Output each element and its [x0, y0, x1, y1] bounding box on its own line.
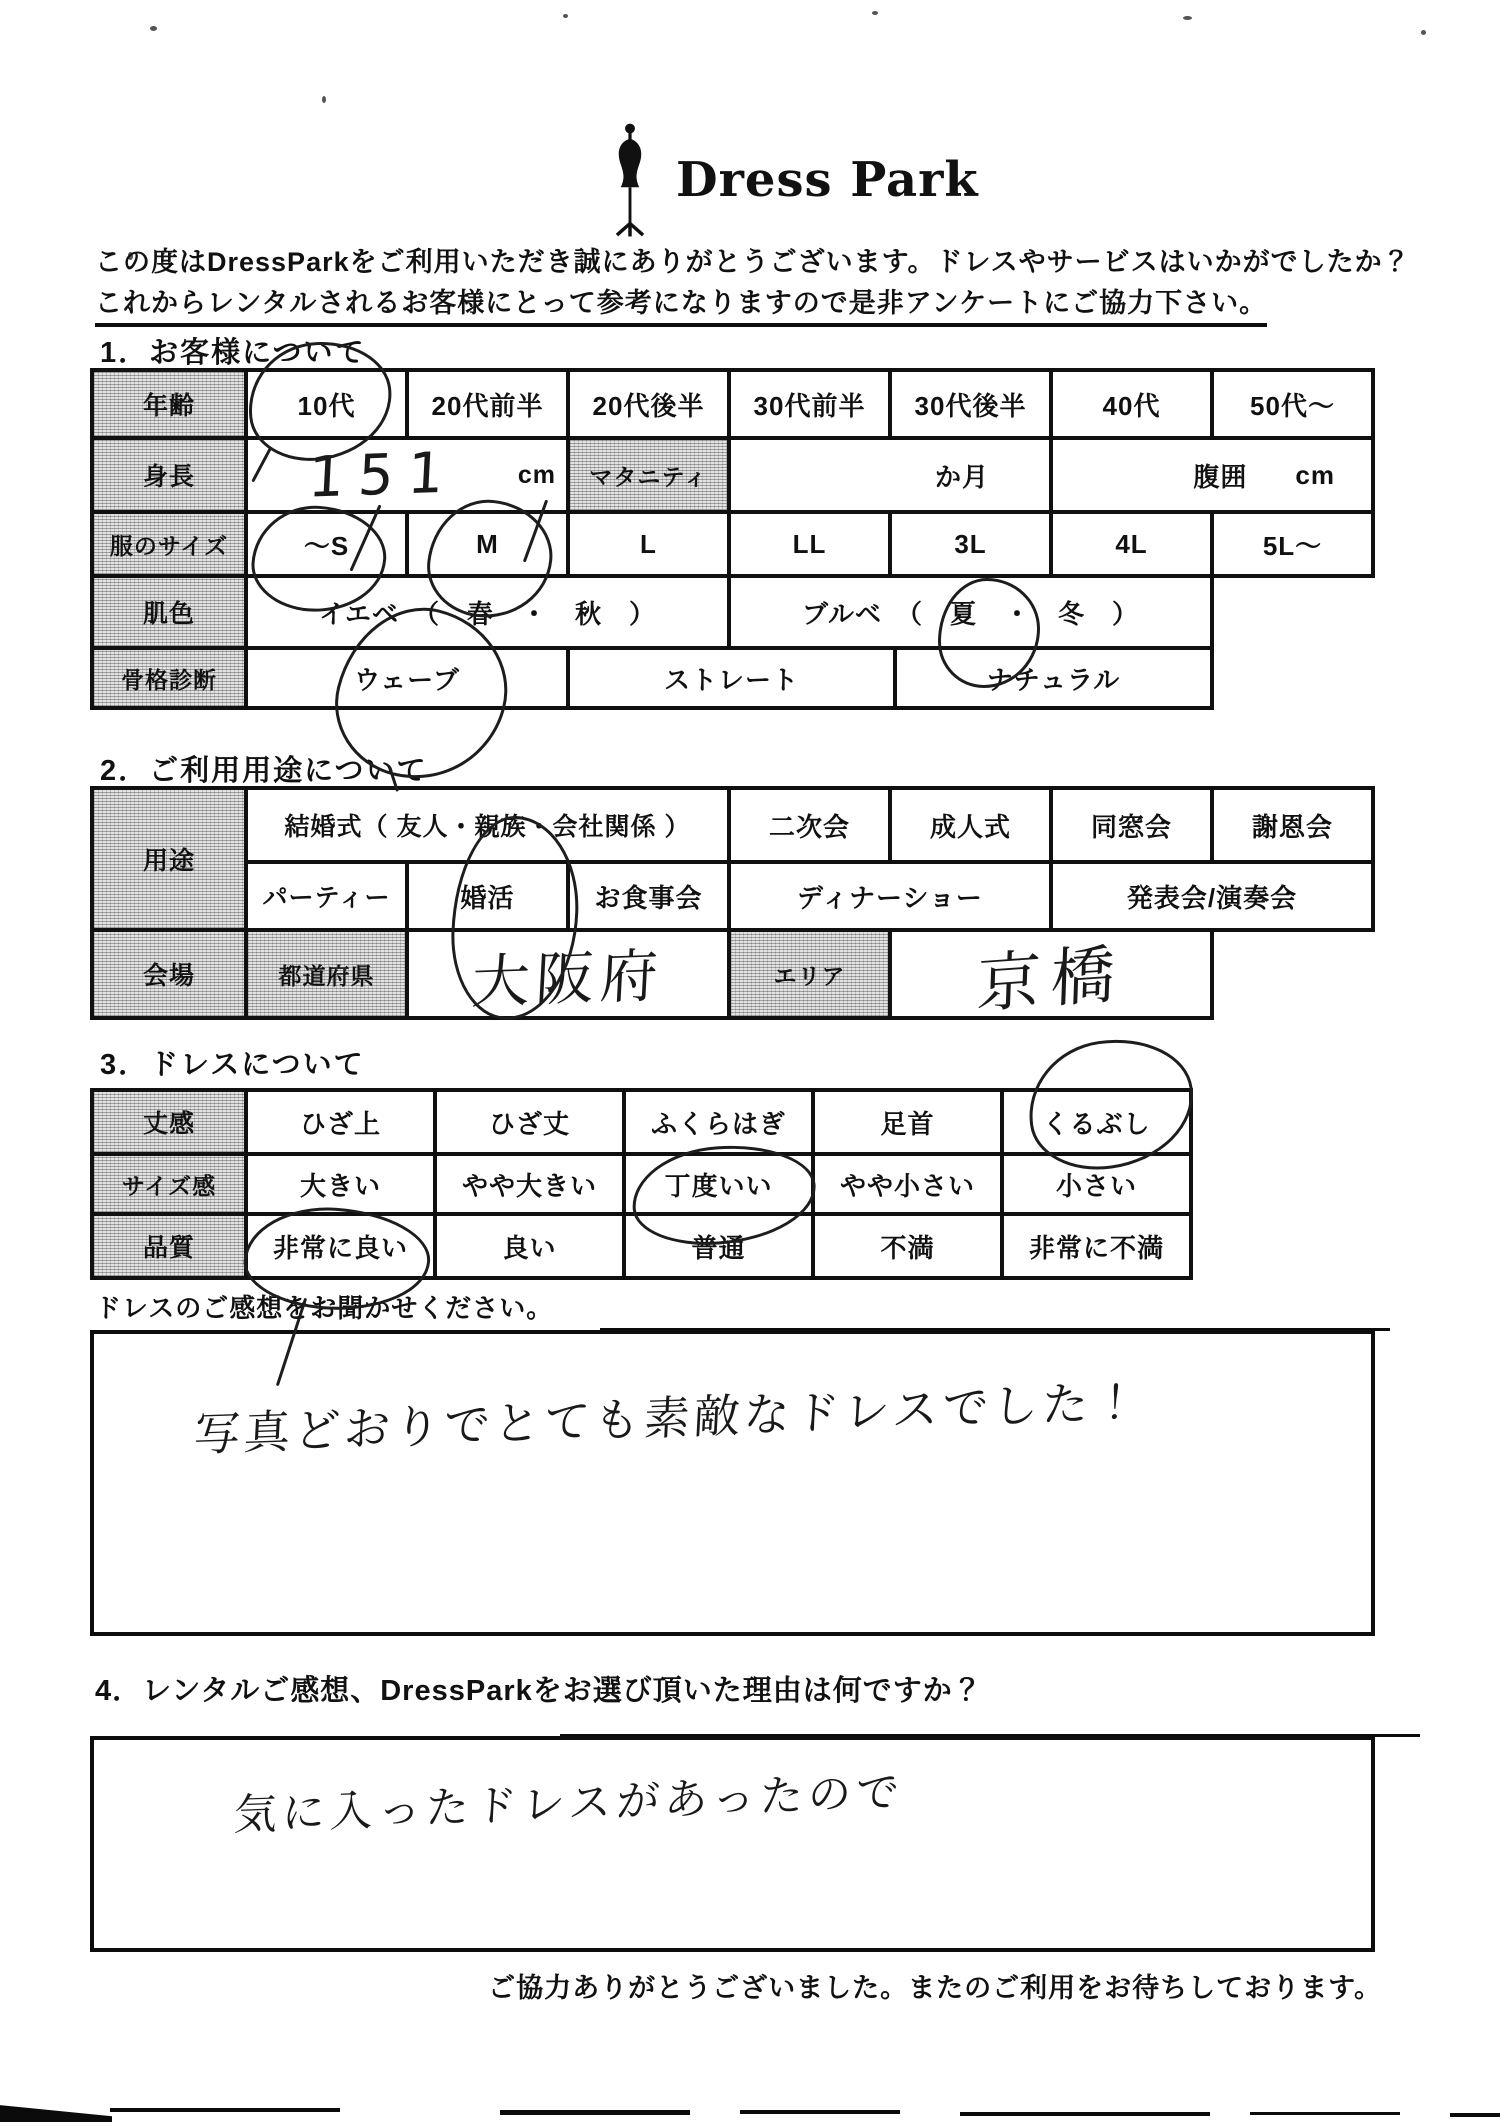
scan-edge-line: [110, 2108, 340, 2112]
purpose-option: 二次会: [727, 786, 892, 864]
purpose-option: ディナーショー: [727, 860, 1053, 932]
age-option: 20代後半: [566, 368, 731, 440]
quality-option: 不満: [811, 1212, 1004, 1280]
fit-option: やや小さい: [811, 1152, 1004, 1216]
purpose-table: 用途 結婚式（ 友人・親族・会社関係 ） 二次会 成人式 同窓会 謝恩会 パーテ…: [90, 786, 1390, 1026]
fit-option: 大きい: [244, 1152, 437, 1216]
scan-speck: [872, 11, 878, 15]
scan-speck: [563, 14, 568, 18]
size-label: 服のサイズ: [90, 510, 248, 578]
fit-option: 丁度いい: [622, 1152, 815, 1216]
purpose-option: 同窓会: [1049, 786, 1214, 864]
quality-option: 非常に不満: [1000, 1212, 1193, 1280]
logo: Dress Park: [598, 122, 979, 238]
dress-comment-box: 写真どおりでとても素敵なドレスでした！: [90, 1330, 1375, 1636]
quality-option: 普通: [622, 1212, 815, 1280]
purpose-option: 発表会/演奏会: [1049, 860, 1375, 932]
scan-artifact-line: [560, 1734, 1420, 1737]
age-label: 年齢: [90, 368, 248, 440]
dress-length-row: 丈感 ひざ上 ひざ丈 ふくらはぎ 足首 くるぶし: [90, 1088, 1193, 1156]
purpose-option: 成人式: [888, 786, 1053, 864]
section4-title: 4．レンタルご感想、DressParkをお選び頂いた理由は何ですか？: [95, 1668, 983, 1709]
purpose-row2: パーティー 婚活 お食事会 ディナーショー 発表会/演奏会: [244, 860, 1375, 932]
skin-option-blue: ブルベ （ 夏 ・ 冬 ）: [727, 574, 1214, 650]
age-option: 30代後半: [888, 368, 1053, 440]
scan-speck: [322, 96, 326, 103]
age-option: 30代前半: [727, 368, 892, 440]
fit-label: サイズ感: [90, 1152, 248, 1216]
venue-label: 会場: [90, 928, 248, 1020]
length-label: 丈感: [90, 1088, 248, 1156]
intro-line2: これからレンタルされるお客様にとって参考になりますので是非アンケートにご協力下さ…: [95, 281, 1267, 327]
scan-edge-line: [740, 2110, 900, 2114]
length-option: 足首: [811, 1088, 1004, 1156]
size-option: 4L: [1049, 510, 1214, 578]
fit-option: 小さい: [1000, 1152, 1193, 1216]
waist-label: 腹囲: [1193, 457, 1247, 494]
size-option: M: [405, 510, 570, 578]
intro-line1: この度はDressParkをご利用いただき誠にありがとうございます。ドレスやサー…: [95, 240, 1411, 279]
scan-edge-line: [500, 2110, 690, 2115]
purpose-row1: 結婚式（ 友人・親族・会社関係 ） 二次会 成人式 同窓会 謝恩会: [244, 786, 1375, 864]
frame-row: 骨格診断 ウェーブ ストレート ナチュラル: [90, 646, 1214, 710]
height-unit: cm: [518, 461, 556, 490]
size-option: 3L: [888, 510, 1053, 578]
length-option: くるぶし: [1000, 1088, 1193, 1156]
quality-option: 良い: [433, 1212, 626, 1280]
size-option: LL: [727, 510, 892, 578]
age-option: 40代: [1049, 368, 1214, 440]
length-option: ふくらはぎ: [622, 1088, 815, 1156]
height-label: 身長: [90, 436, 248, 514]
quality-option: 非常に良い: [244, 1212, 437, 1280]
skin-tone-row: 肌色 イエベ （ 春 ・ 秋 ） ブルベ （ 夏 ・ 冬 ）: [90, 574, 1214, 650]
prefecture-value-cell: 大阪府: [405, 928, 731, 1020]
prefecture-handwritten-value: 大阪府: [470, 929, 666, 1020]
age-row: 年齢 10代 20代前半 20代後半 30代前半 30代後半 40代 50代～: [90, 368, 1375, 440]
section1-title: 1．お客様について: [100, 330, 366, 371]
venue-row: 会場 都道府県 大阪府 エリア 京橋: [90, 928, 1214, 1020]
height-value-cell: 151 cm: [244, 436, 570, 514]
area-label: エリア: [727, 928, 892, 1020]
scan-speck: [150, 26, 157, 31]
scanned-questionnaire-page: Dress Park この度はDressParkをご利用いただき誠にありがとうご…: [0, 0, 1500, 2127]
rental-reason-handwritten: 気に入ったドレスがあったので: [233, 1758, 906, 1843]
dress-form-icon: [598, 122, 662, 238]
purpose-option-wedding: 結婚式（ 友人・親族・会社関係 ）: [244, 786, 731, 864]
dress-fit-row: サイズ感 大きい やや大きい 丁度いい やや小さい 小さい: [90, 1152, 1193, 1216]
purpose-label: 用途: [90, 786, 248, 932]
purpose-option: パーティー: [244, 860, 409, 932]
section3-title: 3．ドレスについて: [100, 1042, 365, 1083]
waist-cell: 腹囲 cm: [1049, 436, 1375, 514]
frame-option: ウェーブ: [244, 646, 570, 710]
fit-option: やや大きい: [433, 1152, 626, 1216]
age-option: 20代前半: [405, 368, 570, 440]
scan-edge-line: [1450, 2113, 1500, 2117]
scan-artifact-line: [600, 1328, 1390, 1331]
logo-text: Dress Park: [676, 152, 979, 208]
area-value-cell: 京橋: [888, 928, 1214, 1020]
length-option: ひざ丈: [433, 1088, 626, 1156]
skin-label: 肌色: [90, 574, 248, 650]
size-option: 5L～: [1210, 510, 1375, 578]
footer-thanks: ご協力ありがとうございました。またのご利用をお待ちしております。: [0, 1966, 1382, 2005]
scan-edge-line: [1250, 2112, 1400, 2115]
size-option: L: [566, 510, 731, 578]
quality-label: 品質: [90, 1212, 248, 1280]
frame-option: ナチュラル: [893, 646, 1214, 710]
age-option: 10代: [244, 368, 409, 440]
rental-reason-box: 気に入ったドレスがあったので: [90, 1736, 1375, 1952]
purpose-option: 謝恩会: [1210, 786, 1375, 864]
length-option: ひざ上: [244, 1088, 437, 1156]
area-handwritten-value: 京橋: [976, 923, 1127, 1026]
maternity-months-cell: か月: [727, 436, 1053, 514]
clothing-size-row: 服のサイズ ～S M L LL 3L 4L 5L～: [90, 510, 1375, 578]
dress-comment-label: ドレスのご感想をお聞かせください。: [95, 1288, 553, 1325]
scan-edge-wedge: [0, 2096, 112, 2122]
purpose-option: お食事会: [566, 860, 731, 932]
prefecture-label: 都道府県: [244, 928, 409, 1020]
maternity-label: マタニティ: [566, 436, 731, 514]
height-handwritten-value: 151: [246, 438, 519, 513]
dress-comment-handwritten: 写真どおりでとても素敵なドレスでした！: [193, 1365, 1145, 1464]
scan-edge-line: [960, 2112, 1210, 2116]
frame-label: 骨格診断: [90, 646, 248, 710]
purpose-option: 婚活: [405, 860, 570, 932]
size-option: ～S: [244, 510, 409, 578]
scan-speck: [1183, 16, 1192, 20]
skin-option-yellow: イエベ （ 春 ・ 秋 ）: [244, 574, 731, 650]
waist-unit: cm: [1295, 460, 1335, 491]
age-option: 50代～: [1210, 368, 1375, 440]
height-row: 身長 151 cm マタニティ か月 腹囲 cm: [90, 436, 1375, 514]
scan-speck: [1421, 30, 1426, 35]
section2-title: 2．ご利用用途について: [100, 748, 428, 789]
frame-option: ストレート: [566, 646, 897, 710]
dress-quality-row: 品質 非常に良い 良い 普通 不満 非常に不満: [90, 1212, 1193, 1280]
